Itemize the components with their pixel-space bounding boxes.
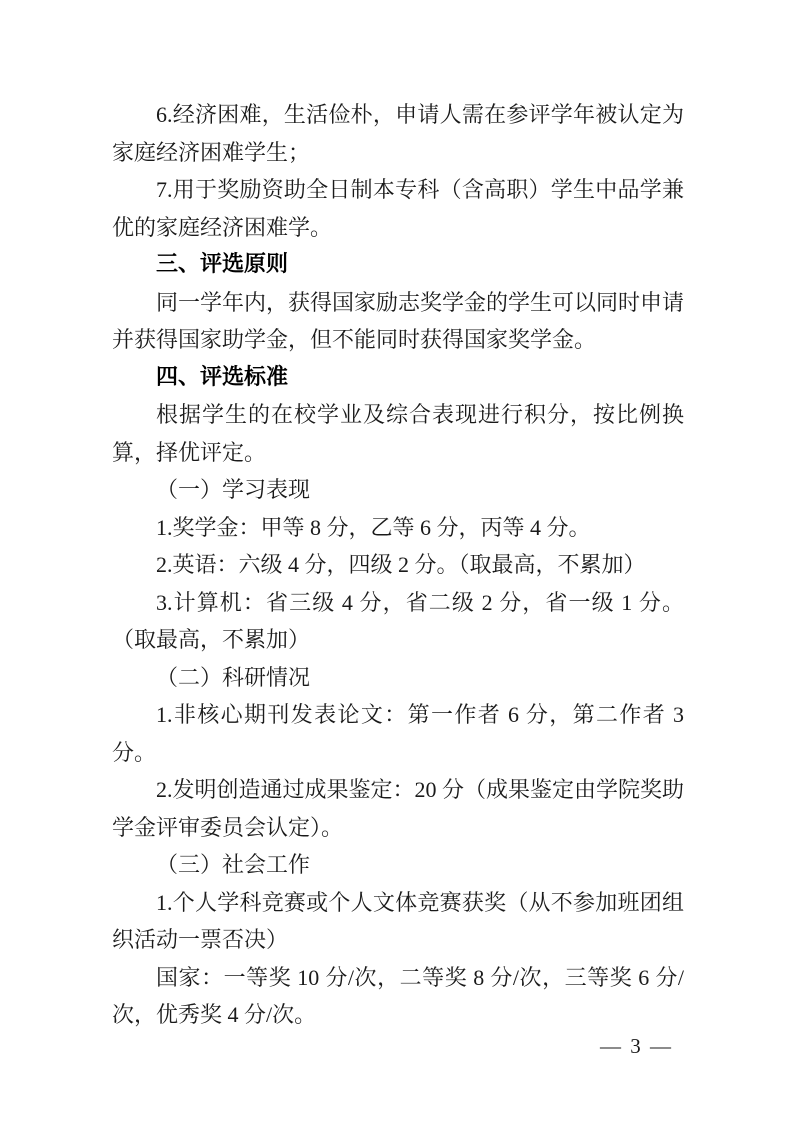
paragraph: 根据学生的在校学业及综合表现进行积分，按比例换算，择优评定。 [112, 396, 684, 471]
paragraph: （二）科研情况 [112, 659, 684, 697]
paragraph: 7.用于奖励资助全日制本专科（含高职）学生中品学兼优的家庭经济困难学。 [112, 171, 684, 246]
paragraph: 同一学年内，获得国家励志奖学金的学生可以同时申请并获得国家助学金，但不能同时获得… [112, 284, 684, 359]
paragraph: 1.非核心期刊发表论文：第一作者 6 分，第二作者 3 分。 [112, 696, 684, 771]
document-body: 6.经济困难，生活俭朴，申请人需在参评学年被认定为家庭经济困难学生；7.用于奖励… [112, 96, 684, 1034]
section-heading: 三、评选原则 [112, 246, 684, 284]
paragraph: 1.个人学科竞赛或个人文体竞赛获奖（从不参加班团组织活动一票否决） [112, 884, 684, 959]
paragraph: 1.奖学金：甲等 8 分，乙等 6 分，丙等 4 分。 [112, 509, 684, 547]
paragraph: 6.经济困难，生活俭朴，申请人需在参评学年被认定为家庭经济困难学生； [112, 96, 684, 171]
page-number: — 3 — [600, 1034, 673, 1058]
paragraph: 3.计算机：省三级 4 分，省二级 2 分，省一级 1 分。（取最高，不累加） [112, 584, 684, 659]
paragraph: 2.英语：六级 4 分，四级 2 分。（取最高，不累加） [112, 546, 684, 584]
paragraph: 2.发明创造通过成果鉴定：20 分（成果鉴定由学院奖助学金评审委员会认定）。 [112, 771, 684, 846]
paragraph: （三）社会工作 [112, 846, 684, 884]
document-page: 6.经济困难，生活俭朴，申请人需在参评学年被认定为家庭经济困难学生；7.用于奖励… [0, 0, 799, 1130]
paragraph: （一）学习表现 [112, 471, 684, 509]
paragraph: 国家：一等奖 10 分/次，二等奖 8 分/次，三等奖 6 分/次，优秀奖 4 … [112, 959, 684, 1034]
section-heading: 四、评选标准 [112, 359, 684, 397]
page-footer: — 3 — [600, 1032, 673, 1060]
